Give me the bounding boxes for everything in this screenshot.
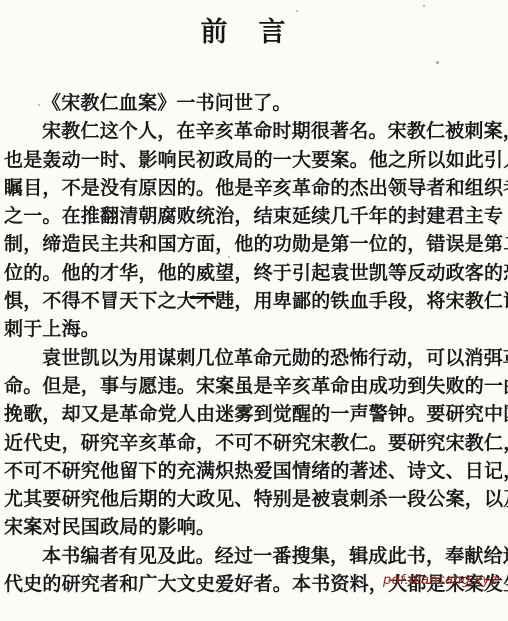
scan-speck — [436, 61, 439, 64]
text-line: 挽歌，却又是革命党人由迷雾到觉醒的一声警钟。要研究中国 — [4, 401, 484, 429]
text-line: 也是轰动一时、影响民初政局的一大要案。他之所以如此引人 — [4, 147, 484, 175]
text-line: 不可不研究他留下的充满炽热爱国情绪的著述、诗文、日记， — [4, 458, 484, 486]
text-line: 命。但是，事与愿违。宋案虽是辛亥革命由成功到失败的一曲 — [4, 373, 484, 401]
scanned-page: 前 言 《宋教仁血案》一书问世了。 宋教仁这个人，在辛亥革命时期很著名。宋教仁被… — [0, 0, 508, 621]
text-line: 惧，不得不冒天下之大不韪，用卑鄙的铁血手段，将宋教仁谋 — [4, 288, 484, 316]
page-title: 前 言 — [4, 14, 484, 50]
scan-speck — [423, 5, 425, 7]
text-line: 《宋教仁血案》一书问世了。 — [4, 90, 484, 118]
text-line: 位的。他的才华，他的威望，终于引起袁世凯等反动政客的恐 — [4, 260, 484, 288]
text-line: 近代史，研究辛亥革命，不可不研究宋教仁。要研究宋教仁， — [4, 430, 484, 458]
print-artifact-overline — [190, 296, 216, 299]
scan-speck — [38, 104, 40, 106]
watermark: pdf.diancang.xyz — [383, 573, 497, 589]
scan-speck — [296, 10, 298, 12]
text-line: 宋案对民国政局的影响。 — [4, 514, 484, 542]
scan-speck — [228, 256, 230, 258]
preface-text: 《宋教仁血案》一书问世了。 宋教仁这个人，在辛亥革命时期很著名。宋教仁被刺案， … — [4, 90, 484, 599]
text-line: 宋教仁这个人，在辛亥革命时期很著名。宋教仁被刺案， — [4, 118, 484, 146]
text-line: 刺于上海。 — [4, 316, 484, 344]
text-line: 制，缔造民主共和国方面，他的功勋是第一位的，错误是第二 — [4, 231, 484, 259]
text-line: 本书编者有见及此。经过一番搜集，辑成此书，奉献给近 — [4, 543, 484, 571]
text-line: 尤其要研究他后期的大政见、特别是被袁刺杀一段公案，以及 — [4, 486, 484, 514]
text-line: 瞩目，不是没有原因的。他是辛亥革命的杰出领导者和组织者 — [4, 175, 484, 203]
text-line: 袁世凯以为用谋刺几位革命元勋的恐怖行动，可以消弭革 — [4, 345, 484, 373]
text-line: 之一。在推翻清朝腐败统治，结束延续几千年的封建君主专 — [4, 203, 484, 231]
